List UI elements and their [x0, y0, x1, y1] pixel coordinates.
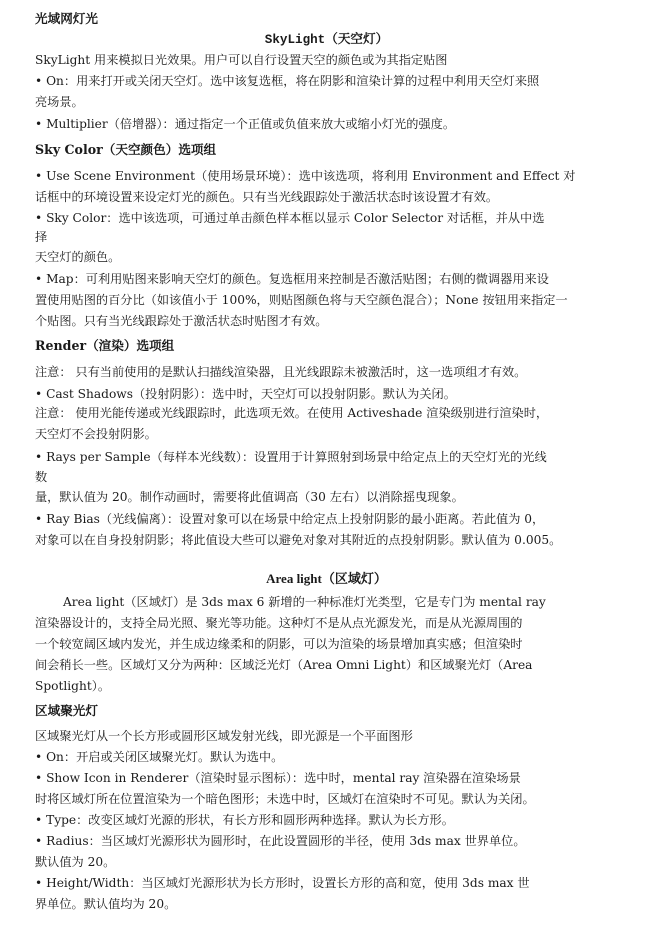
area-light-title: Area light（区域灯）	[0, 571, 653, 587]
area-light-para-line1: Area light（区域灯）是 3ds max 6 新增的一种标准灯光类型，它…	[35, 594, 546, 610]
rays-per-sample-line1: • Rays per Sample（每样本光线数）：设置用于计算照射到场景中给定…	[35, 449, 547, 465]
render-note1: 注意： 只有当前使用的是默认扫描线渲染器，且光线跟踪未被激活时，这一选项组才有效…	[35, 364, 526, 380]
area-light-para-line4: 间会稍长一些。区域灯又分为两种：区域泛光灯（Area Omni Light）和区…	[35, 657, 532, 673]
skylight-title: SkyLight（天空灯）	[0, 32, 653, 48]
section-title: 光域网灯光	[35, 11, 98, 27]
height-width-line2: 界单位。默认值均为 20。	[35, 896, 176, 912]
area-spotlight-heading: 区域聚光灯	[35, 703, 98, 719]
sky-color-line3: 天空灯的颜色。	[35, 249, 120, 265]
render-heading: Render（渲染）选项组	[35, 338, 174, 354]
radius-line2: 默认值为 20。	[35, 854, 115, 870]
use-scene-env-line1: • Use Scene Environment（使用场景环境）：选中该选项，将利…	[35, 168, 575, 184]
area-light-para-line5: Spotlight）。	[35, 678, 110, 694]
skylight-multiplier: • Multiplier（倍增器）：通过指定一个正值或负值来放大或缩小灯光的强度…	[35, 116, 455, 132]
area-spotlight-on: • On：开启或关闭区域聚光灯。默认为选中。	[35, 749, 283, 765]
render-note2-line1: 注意： 使用光能传递或光线跟踪时，此选项无效。在使用 Activeshade 渲…	[35, 405, 548, 421]
ray-bias-line1: • Ray Bias（光线偏离）：设置对象可以在场景中给定点上投射阴影的最小距离…	[35, 511, 544, 527]
area-spotlight-intro: 区域聚光灯从一个长方形或圆形区域发射光线，即光源是一个平面图形	[35, 728, 413, 744]
skylight-on-line1: • On：用来打开或关闭天空灯。选中该复选框，将在阴影和渲染计算的过程中利用天空…	[35, 73, 539, 89]
type-line: • Type：改变区域灯光源的形状，有长方形和圆形两种选择。默认为长方形。	[35, 812, 454, 828]
sky-color-line2: 择	[35, 229, 47, 245]
rays-per-sample-line3: 量，默认值为 20。制作动画时，需要将此值调高（30 左右）以消除摇曳现象。	[35, 489, 464, 505]
area-light-para-line2: 渲染器设计的，支持全局光照、聚光等功能。这种灯不是从点光源发光，而是从光源周围的	[35, 615, 523, 631]
area-light-para-line3: 一个较宽阔区域内发光，并生成边缘柔和的阴影，可以为渲染的场景增加真实感；但渲染时	[35, 636, 523, 652]
skylight-intro: SkyLight 用来模拟日光效果。用户可以自行设置天空的颜色或为其指定贴图	[35, 52, 447, 68]
sky-color-line1: • Sky Color：选中该选项，可通过单击颜色样本框以显示 Color Se…	[35, 210, 544, 226]
ray-bias-line2: 对象可以在自身投射阴影；将此值设大些可以避免对象对其附近的点投射阴影。默认值为 …	[35, 532, 561, 548]
rays-per-sample-line2: 数	[35, 469, 47, 485]
show-icon-line2: 时将区域灯所在位置渲染为一个暗色图形；未选中时，区域灯在渲染时不可见。默认为关闭…	[35, 791, 535, 807]
height-width-line1: • Height/Width：当区域灯光源形状为长方形时，设置长方形的高和宽，使…	[35, 875, 530, 891]
map-line1: • Map：可利用贴图来影响天空灯的颜色。复选框用来控制是否激活贴图；右侧的微调…	[35, 271, 549, 287]
cast-shadows: • Cast Shadows（投射阴影）：选中时，天空灯可以投射阴影。默认为关闭…	[35, 386, 456, 402]
use-scene-env-line2: 话框中的环境设置来设定灯光的颜色。只有当光线跟踪处于激活状态时该设置才有效。	[35, 189, 498, 205]
sky-color-heading: Sky Color（天空颜色）选项组	[35, 142, 216, 158]
map-line2: 置使用贴图的百分比（如该值小于 100%，则贴图颜色将与天空颜色混合）；None…	[35, 292, 568, 308]
show-icon-line1: • Show Icon in Renderer（渲染时显示图标）：选中时，men…	[35, 770, 521, 786]
radius-line1: • Radius：当区域灯光源形状为圆形时，在此设置圆形的半径，使用 3ds m…	[35, 833, 526, 849]
skylight-on-line2: 亮场景。	[35, 94, 84, 110]
render-note2-line2: 天空灯不会投射阴影。	[35, 426, 157, 442]
map-line3: 个贴图。只有当光线跟踪处于激活状态时贴图才有效。	[35, 313, 328, 329]
